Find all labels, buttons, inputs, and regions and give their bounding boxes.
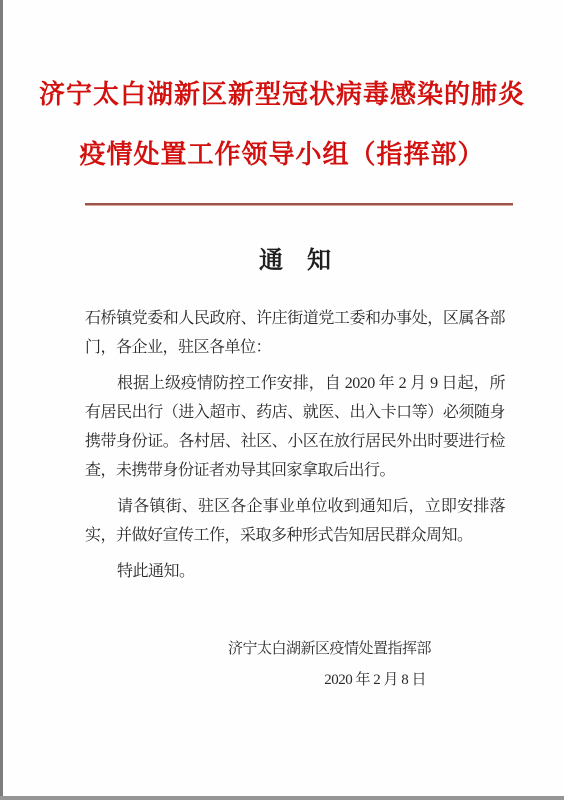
scanned-notice-document: 济宁太白湖新区新型冠状病毒感染的肺炎 疫情处置工作领导小组（指挥部） 通 知 石…	[0, 0, 564, 800]
signature-block: 济宁太白湖新区疫情处置指挥部 2020 年 2 月 8 日	[85, 634, 505, 696]
letterhead-line-1: 济宁太白湖新区新型冠状病毒感染的肺炎	[0, 65, 564, 125]
body-paragraph: 根据上级疫情防控工作安排，自 2020 年 2 月 9 日起，所有居民出行（进入…	[85, 369, 505, 485]
document-date: 2020 年 2 月 8 日	[85, 665, 505, 696]
salutation-line: 石桥镇党委和人民政府、许庄街道党工委和办事处，区属各部门，各企业，驻区各单位：	[85, 304, 505, 362]
notice-title: 通 知	[85, 246, 505, 276]
letterhead-divider-rule	[85, 203, 513, 206]
closing-phrase: 特此通知。	[85, 557, 505, 586]
letterhead-line-2: 疫情处置工作领导小组（指挥部）	[0, 125, 564, 185]
scan-artifact-left-edge	[0, 0, 3, 800]
issuing-authority-signature: 济宁太白湖新区疫情处置指挥部	[85, 634, 505, 665]
notice-body: 石桥镇党委和人民政府、许庄街道党工委和办事处，区属各部门，各企业，驻区各单位： …	[85, 304, 505, 696]
document-letterhead: 济宁太白湖新区新型冠状病毒感染的肺炎 疫情处置工作领导小组（指挥部）	[0, 0, 564, 185]
body-paragraph: 请各镇街、驻区各企事业单位收到通知后，立即安排落实，并做好宣传工作，采取多种形式…	[85, 492, 505, 550]
scan-artifact-bottom-edge	[0, 796, 564, 800]
